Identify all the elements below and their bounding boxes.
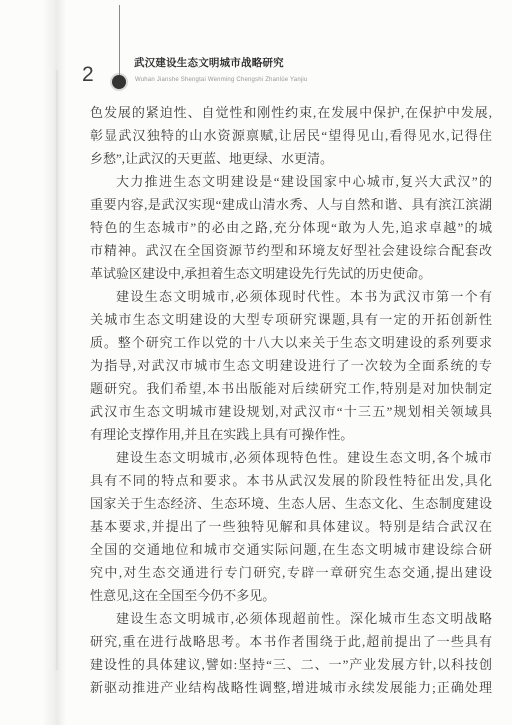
scanned-book-page: 2 武汉建设生态文明城市战略研究 Wuhan Jianshe Shengtai …	[0, 0, 512, 725]
paragraph: 大力推进生态文明建设是“建设国家中心城市,复兴大武汉”的 重要内容,是武汉实现“…	[90, 170, 492, 285]
text-line: 研究,重在进行战略思考。本书作者围绕于此,超前提出了一些具有	[90, 630, 492, 653]
text-line: 乡愁”,让武汉的天更蓝、地更绿、水更清。	[90, 147, 492, 170]
running-head-title: 武汉建设生态文明城市战略研究	[134, 57, 394, 70]
text-line: 彰显武汉独特的山水资源禀赋,让居民“望得见山,看得见水,记得住	[90, 124, 492, 147]
text-line: 全国的交通地位和城市交通实际问题,在生态文明城市建设综合研	[90, 538, 492, 561]
header-rule-line	[119, 5, 120, 76]
text-line: 究中,对生态交通进行专门研究,专辟一章研究生态交通,提出建设	[90, 561, 492, 584]
text-line: 性意见,这在全国至今仍不多见。	[90, 584, 492, 607]
text-line: 国家关于生态经济、生态环境、生态人居、生态文化、生态制度建设的	[90, 492, 492, 515]
text-line: 大力推进生态文明建设是“建设国家中心城市,复兴大武汉”的	[90, 170, 492, 193]
page-edge-crease	[56, 70, 58, 670]
text-line: 色发展的紧迫性、自觉性和刚性约束,在发展中保护,在保护中发展,	[90, 101, 492, 124]
paragraph: 色发展的紧迫性、自觉性和刚性约束,在发展中保护,在保护中发展, 彰显武汉独特的山…	[90, 101, 492, 170]
body-text-block: 色发展的紧迫性、自觉性和刚性约束,在发展中保护,在保护中发展, 彰显武汉独特的山…	[90, 101, 492, 699]
paragraph: 建设生态文明城市,必须体现时代性。本书为武汉市第一个有 关城市生态文明建设的大型…	[90, 285, 492, 446]
text-line: 建设生态文明城市,必须体现特色性。建设生态文明,各个城市	[90, 446, 492, 469]
text-line: 具有不同的特点和要求。本书从武汉发展的阶段性特征出发,具化	[90, 469, 492, 492]
paragraph: 建设生态文明城市,必须体现特色性。建设生态文明,各个城市 具有不同的特点和要求。…	[90, 446, 492, 607]
text-line: 重要内容,是武汉实现“建成山清水秀、人与自然和谐、具有滨江滨湖	[90, 193, 492, 216]
text-line: 关城市生态文明建设的大型专项研究课题,具有一定的开拓创新性	[90, 308, 492, 331]
text-line: 市精神。武汉在全国资源节约型和环境友好型社会建设综合配套改	[90, 239, 492, 262]
text-line: 革试验区建设中,承担着生态文明建设先行先试的历史使命。	[90, 262, 492, 285]
text-line: 建设生态文明城市,必须体现时代性。本书为武汉市第一个有	[90, 285, 492, 308]
text-line: 基本要求,并提出了一些独特见解和具体建议。特别是结合武汉在	[90, 515, 492, 538]
page-number: 2	[82, 64, 94, 86]
paragraph: 建设生态文明城市,必须体现超前性。深化城市生态文明战略 研究,重在进行战略思考。…	[90, 607, 492, 699]
text-line: 建设性的具体建议,譬如:坚持“三、二、一”产业发展方针,以科技创	[90, 653, 492, 676]
text-line: 新驱动推进产业结构战略性调整,增进城市永续发展能力;正确处理	[90, 676, 492, 699]
text-line: 武汉市生态文明城市建设规划,对武汉市“十三五”规划相关领域具	[90, 400, 492, 423]
text-line: 建设生态文明城市,必须体现超前性。深化城市生态文明战略	[90, 607, 492, 630]
text-line: 质。整个研究工作以党的十八大以来关于生态文明建设的系列要求	[90, 331, 492, 354]
page-edge-shadow	[42, 0, 66, 725]
text-line: 为指导,对武汉市城市生态文明建设进行了一次较为全面系统的专	[90, 354, 492, 377]
text-line: 有理论支撑作用,并且在实践上具有可操作性。	[90, 423, 492, 446]
text-line: 特色的生态城市”的必由之路,充分体现“敢为人先,追求卓越”的城	[90, 216, 492, 239]
chapter-marker-dot-icon	[112, 75, 126, 89]
text-line: 题研究。我们希望,本书出版能对后续研究工作,特别是对加快制定	[90, 377, 492, 400]
running-head-pinyin: Wuhan Jianshe Shengtai Wenming Chengshi …	[135, 76, 395, 84]
